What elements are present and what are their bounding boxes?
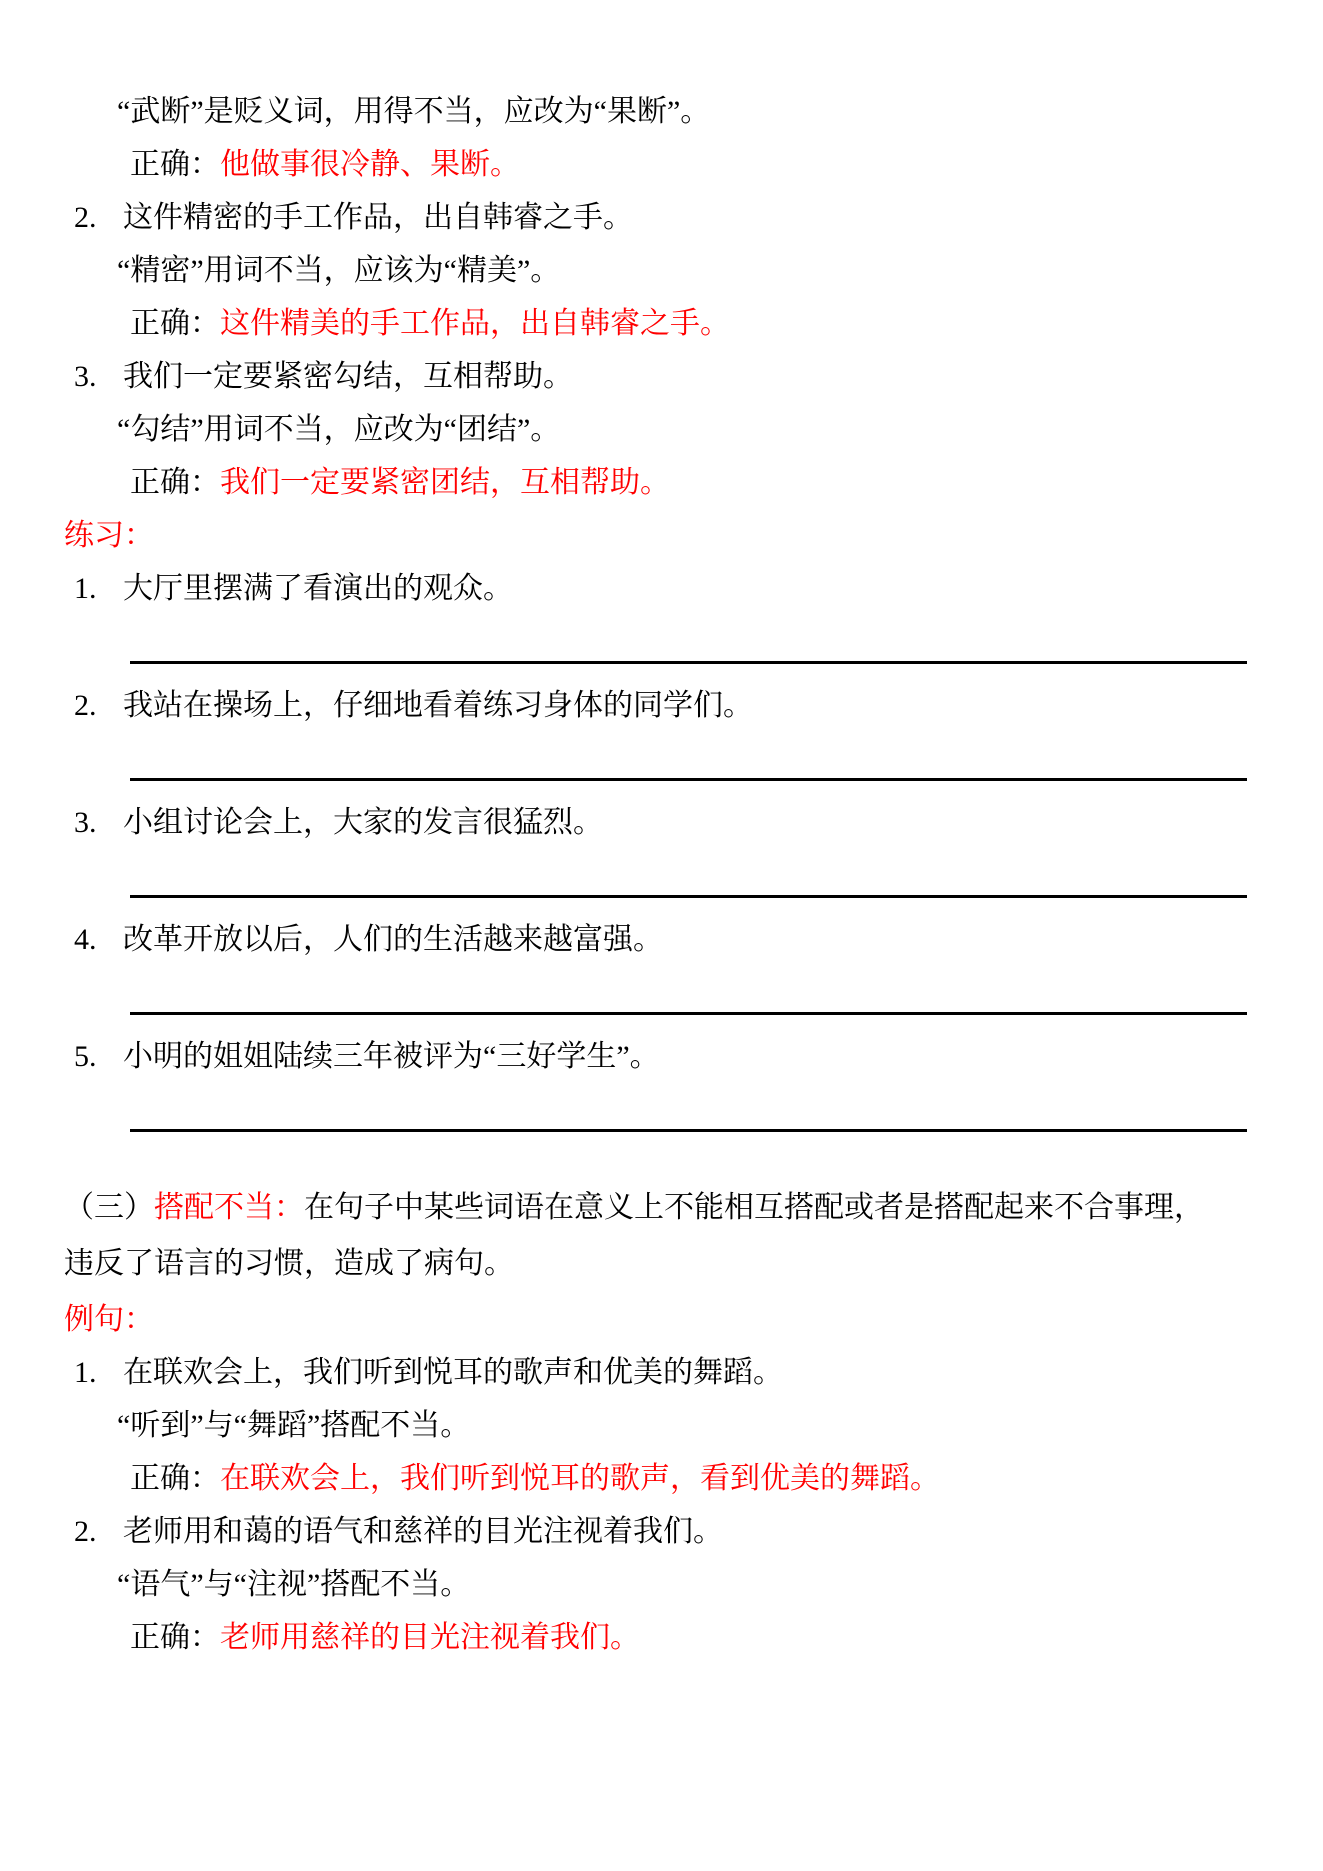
sentence-line: 1.大厅里摆满了看演出的观众。 bbox=[64, 573, 1267, 605]
practice-item: 2.我站在操场上，仔细地看着练习身体的同学们。 bbox=[64, 690, 1267, 781]
correction-line: 正确：这件精美的手工作品，出自韩睿之手。 bbox=[130, 308, 1267, 340]
correction-label: 正确： bbox=[130, 307, 220, 340]
sentence-text: 大厅里摆满了看演出的观众。 bbox=[123, 573, 1267, 605]
example-item: “武断”是贬义词，用得不当，应改为“果断”。 正确：他做事很冷静、果断。 bbox=[64, 96, 1267, 181]
answer-line bbox=[130, 895, 1247, 898]
example-item: 3.我们一定要紧密勾结，互相帮助。 “勾结”用词不当，应改为“团结”。 正确：我… bbox=[64, 361, 1267, 499]
sentence-line: 5.小明的姐姐陆续三年被评为“三好学生”。 bbox=[64, 1041, 1267, 1073]
item-number: 2. bbox=[74, 690, 123, 722]
sentence-text: 我站在操场上，仔细地看着练习身体的同学们。 bbox=[123, 690, 1267, 722]
example-heading: 例句： bbox=[64, 1304, 1267, 1336]
correction-text: 在联欢会上，我们听到悦耳的歌声，看到优美的舞蹈。 bbox=[220, 1462, 940, 1495]
item-number: 3. bbox=[74, 807, 123, 839]
analysis-line: “武断”是贬义词，用得不当，应改为“果断”。 bbox=[117, 96, 1267, 128]
correction-label: 正确： bbox=[130, 466, 220, 499]
correction-label: 正确： bbox=[130, 1621, 220, 1654]
correction-line: 正确：老师用慈祥的目光注视着我们。 bbox=[130, 1622, 1267, 1654]
sentence-line: 4.改革开放以后，人们的生活越来越富强。 bbox=[64, 924, 1267, 956]
correction-line: 正确：在联欢会上，我们听到悦耳的歌声，看到优美的舞蹈。 bbox=[130, 1463, 1267, 1495]
section-word-misuse-examples: “武断”是贬义词，用得不当，应改为“果断”。 正确：他做事很冷静、果断。 2.这… bbox=[64, 96, 1267, 499]
answer-line bbox=[130, 661, 1247, 664]
example-item: 1.在联欢会上，我们听到悦耳的歌声和优美的舞蹈。 “听到”与“舞蹈”搭配不当。 … bbox=[64, 1357, 1267, 1495]
correction-line: 正确：我们一定要紧密团结，互相帮助。 bbox=[130, 467, 1267, 499]
practice-item: 4.改革开放以后，人们的生活越来越富强。 bbox=[64, 924, 1267, 1015]
worksheet-page: “武断”是贬义词，用得不当，应改为“果断”。 正确：他做事很冷静、果断。 2.这… bbox=[0, 0, 1323, 1871]
sentence-line: 3.我们一定要紧密勾结，互相帮助。 bbox=[64, 361, 1267, 393]
section-heading: （三）搭配不当：在句子中某些词语在意义上不能相互搭配或者是搭配起来不合事理，违反… bbox=[64, 1180, 1210, 1292]
sentence-text: 小明的姐姐陆续三年被评为“三好学生”。 bbox=[123, 1041, 1267, 1073]
sentence-text: 老师用和蔼的语气和慈祥的目光注视着我们。 bbox=[123, 1516, 1267, 1548]
practice-heading: 练习： bbox=[64, 520, 1267, 552]
sentence-text: 改革开放以后，人们的生活越来越富强。 bbox=[123, 924, 1267, 956]
correction-line: 正确：他做事很冷静、果断。 bbox=[130, 149, 1267, 181]
analysis-line: “精密”用词不当，应该为“精美”。 bbox=[117, 255, 1267, 287]
correction-text: 我们一定要紧密团结，互相帮助。 bbox=[220, 466, 670, 499]
section-collocation: （三）搭配不当：在句子中某些词语在意义上不能相互搭配或者是搭配起来不合事理，违反… bbox=[64, 1180, 1267, 1654]
item-number: 2. bbox=[74, 1516, 123, 1548]
correction-label: 正确： bbox=[130, 148, 220, 181]
analysis-line: “语气”与“注视”搭配不当。 bbox=[117, 1569, 1267, 1601]
item-number: 1. bbox=[74, 1357, 123, 1389]
analysis-line: “听到”与“舞蹈”搭配不当。 bbox=[117, 1410, 1267, 1442]
sentence-text: 我们一定要紧密勾结，互相帮助。 bbox=[123, 361, 1267, 393]
sentence-line: 3.小组讨论会上，大家的发言很猛烈。 bbox=[64, 807, 1267, 839]
sentence-line: 1.在联欢会上，我们听到悦耳的歌声和优美的舞蹈。 bbox=[64, 1357, 1267, 1389]
answer-line bbox=[130, 1012, 1247, 1015]
sentence-line: 2.我站在操场上，仔细地看着练习身体的同学们。 bbox=[64, 690, 1267, 722]
sentence-text: 小组讨论会上，大家的发言很猛烈。 bbox=[123, 807, 1267, 839]
correction-text: 他做事很冷静、果断。 bbox=[220, 148, 520, 181]
analysis-line: “勾结”用词不当，应改为“团结”。 bbox=[117, 414, 1267, 446]
sentence-line: 2.老师用和蔼的语气和慈祥的目光注视着我们。 bbox=[64, 1516, 1267, 1548]
sentence-line: 2.这件精密的手工作品，出自韩睿之手。 bbox=[64, 202, 1267, 234]
section-number: （三） bbox=[64, 1191, 154, 1224]
item-number: 1. bbox=[74, 573, 123, 605]
correction-text: 这件精美的手工作品，出自韩睿之手。 bbox=[220, 307, 730, 340]
answer-line bbox=[130, 778, 1247, 781]
example-item: 2.老师用和蔼的语气和慈祥的目光注视着我们。 “语气”与“注视”搭配不当。 正确… bbox=[64, 1516, 1267, 1654]
answer-line bbox=[130, 1129, 1247, 1132]
example-item: 2.这件精密的手工作品，出自韩睿之手。 “精密”用词不当，应该为“精美”。 正确… bbox=[64, 202, 1267, 340]
practice-item: 1.大厅里摆满了看演出的观众。 bbox=[64, 573, 1267, 664]
section-term: 搭配不当： bbox=[154, 1191, 304, 1224]
item-number: 4. bbox=[74, 924, 123, 956]
item-number: 5. bbox=[74, 1041, 123, 1073]
practice-item: 5.小明的姐姐陆续三年被评为“三好学生”。 bbox=[64, 1041, 1267, 1132]
item-number: 2. bbox=[74, 202, 123, 234]
sentence-text: 在联欢会上，我们听到悦耳的歌声和优美的舞蹈。 bbox=[123, 1357, 1267, 1389]
sentence-text: 这件精密的手工作品，出自韩睿之手。 bbox=[123, 202, 1267, 234]
section-practice: 练习： 1.大厅里摆满了看演出的观众。 2.我站在操场上，仔细地看着练习身体的同… bbox=[64, 520, 1267, 1132]
correction-label: 正确： bbox=[130, 1462, 220, 1495]
correction-text: 老师用慈祥的目光注视着我们。 bbox=[220, 1621, 640, 1654]
item-number: 3. bbox=[74, 361, 123, 393]
practice-item: 3.小组讨论会上，大家的发言很猛烈。 bbox=[64, 807, 1267, 898]
